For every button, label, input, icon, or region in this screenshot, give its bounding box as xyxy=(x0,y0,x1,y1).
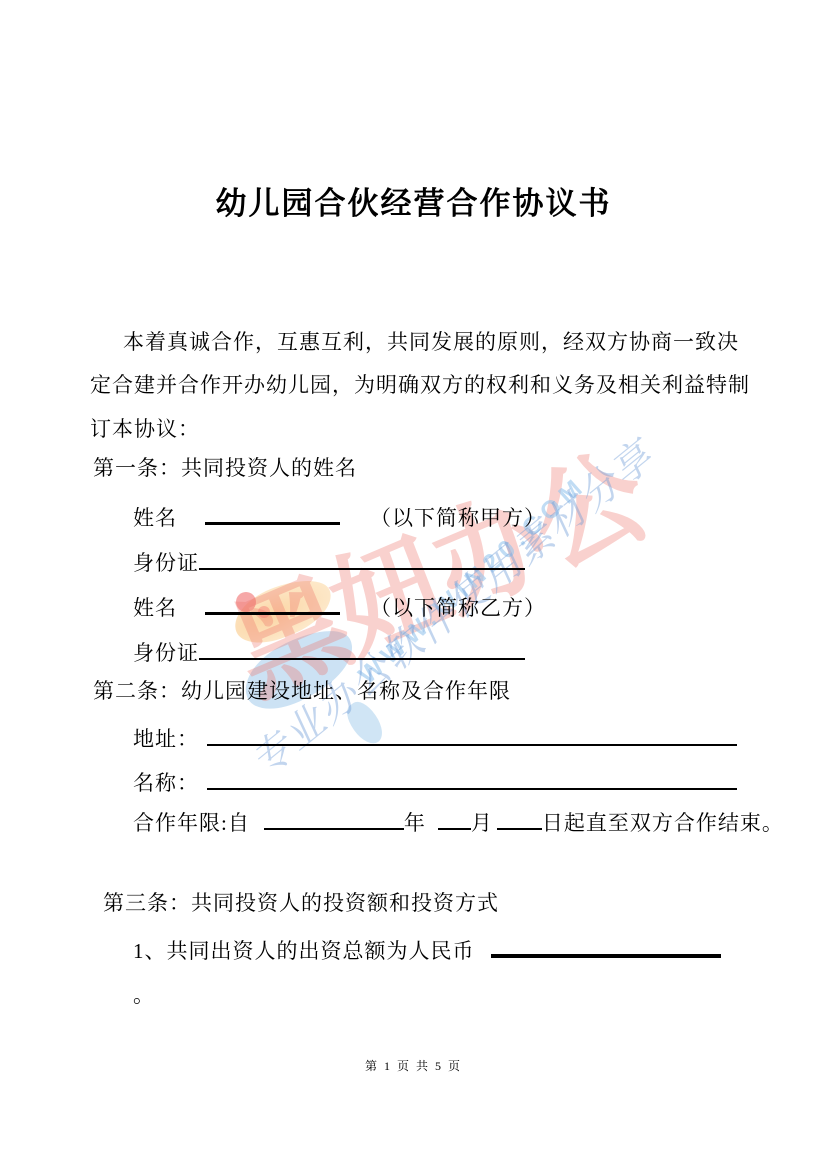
party-b-name-row: 姓名（以下简称乙方） xyxy=(133,590,737,620)
address-blank[interactable] xyxy=(207,722,737,746)
kindergarten-name-label: 名称： xyxy=(133,771,199,795)
address-label: 地址： xyxy=(133,727,199,751)
intro-line-1: 本着真诚合作，互惠互利，共同发展的原则，经双方协商一致决 xyxy=(90,330,737,354)
term-row: 合作年限:自年月日起直至双方合作结束。 xyxy=(133,806,737,835)
document-content: 幼儿园合伙经营合作协议书 本着真诚合作，互惠互利，共同发展的原则，经双方协商一致… xyxy=(0,0,827,1169)
section3-heading: 第三条：共同投资人的投资额和投资方式 xyxy=(103,891,737,915)
party-b-name-label: 姓名 xyxy=(133,596,177,620)
term-month-label: 月 xyxy=(471,811,493,835)
party-a-id-row: 身份证 xyxy=(133,546,737,575)
party-a-id-blank[interactable] xyxy=(199,546,525,570)
party-b-id-blank[interactable] xyxy=(199,636,525,660)
investment-amount-blank[interactable] xyxy=(491,934,721,958)
investment-item-period: 。 xyxy=(133,983,737,1007)
term-month-blank[interactable] xyxy=(438,806,471,830)
party-a-name-blank[interactable] xyxy=(205,500,340,525)
kindergarten-name-blank[interactable] xyxy=(207,766,737,790)
document-title: 幼儿园合伙经营合作协议书 xyxy=(0,186,827,222)
investment-item-text: 1、共同出资人的出资总额为人民币 xyxy=(133,939,475,963)
address-row: 地址： xyxy=(133,722,737,751)
party-a-id-label: 身份证 xyxy=(133,551,199,575)
term-label: 合作年限:自 xyxy=(133,811,250,835)
party-b-name-blank[interactable] xyxy=(205,590,340,615)
kindergarten-name-row: 名称： xyxy=(133,766,737,795)
party-a-name-row: 姓名（以下简称甲方） xyxy=(133,500,737,530)
term-year-label: 年 xyxy=(404,811,426,835)
party-b-id-label: 身份证 xyxy=(133,641,199,665)
section2-heading: 第二条：幼儿园建设地址、名称及合作年限 xyxy=(93,679,737,703)
document-page: 黑妞办公 WWW.WIN20.COM 专业办公软件使用素材分享 幼儿园合伙经营合… xyxy=(0,0,827,1169)
term-day-blank[interactable] xyxy=(497,806,542,830)
section1-heading: 第一条：共同投资人的姓名 xyxy=(93,456,737,480)
term-suffix: 日起直至双方合作结束。 xyxy=(542,811,784,835)
intro-line-3: 订本协议： xyxy=(90,417,737,441)
party-b-id-row: 身份证 xyxy=(133,636,737,665)
party-a-note: （以下简称甲方） xyxy=(370,506,546,530)
page-footer: 第 1 页 共 5 页 xyxy=(0,1060,827,1074)
intro-line-2: 定合建并合作开办幼儿园，为明确双方的权利和义务及相关利益特制 xyxy=(90,373,737,397)
party-b-note: （以下简称乙方） xyxy=(370,596,546,620)
term-year-blank[interactable] xyxy=(264,806,404,830)
investment-item-row: 1、共同出资人的出资总额为人民币 xyxy=(133,934,737,963)
party-a-name-label: 姓名 xyxy=(133,506,177,530)
